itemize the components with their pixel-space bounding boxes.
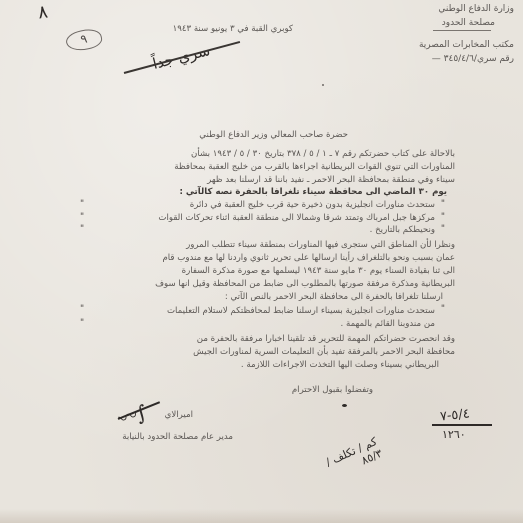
corner-page-mark: ٨ [37,1,50,23]
ink-speck [342,404,347,407]
telegram-1-quote-mark-right-2: " [441,212,445,222]
circled-number-text: ٩ [79,32,88,47]
bottom-handwritten-note: كم / تكلف / ٨٥/٣ [310,435,385,487]
telegram-1-quote-mark-right-3: " [441,224,445,234]
telegram-2-line-1: ستحدث مناورات انجليزية بسيناء ارسلنا ضاب… [167,306,435,316]
paragraph-2-line-3: الى ثنا بقيادة السناء يوم ٣٠ مايو سنة ١٩… [182,266,455,276]
location-date: كوبري القبة في ٣ يونيو سنة ١٩٤٣ [173,24,293,34]
paragraph-3-line-2: محافظة البحر الاحمر بالمرفقة تفيد بأن ال… [193,347,455,357]
header-reference: رقم سري/٣٤٥/٤/٦ — [432,54,514,64]
telegram-2-quote-mark-left: " [80,304,84,314]
bottom-reference-numerator: ٥/٤-٧ [439,406,470,424]
paragraph-1-line-2: المناورات التي تنوي القوات البريطانية اج… [174,162,455,172]
document-page: ٨ ٩ وزارة الدفاع الوطني مصلحة الحدود مكت… [0,0,523,523]
paragraph-1-line-1: بالاحالة على كتاب حضرتكم رقم ٧ ـ ١ / ٥ /… [191,149,455,159]
paragraph-2-line-4: البريطانية ومذكرة مرفقة صورتها بالمطلوب … [155,279,455,289]
bottom-reference-denominator: ١٢٦٠ [442,428,466,441]
telegram-1-quote-mark-left-3: " [80,224,84,234]
signature-title: مدير عام مصلحة الحدود بالنيابة [122,432,233,442]
paper-bottom-edge [0,509,523,523]
classification-underline-stroke [124,41,240,74]
telegram-2-line-2: من مندوبنا القائم بالمهمة . [341,319,435,329]
paragraph-1-line-3: سيناء وفي منطقة بمحافظة البحر الاحمر ـ ن… [207,175,455,185]
telegram-1-line-2: مركزها جبل امرباك وتمتد شرقا وشمالا الى … [158,213,435,223]
telegram-1-line-1: ستحدث مناورات انجليزية بدون ذخيرة حية قر… [190,200,435,210]
paragraph-2-line-2: عمان بسبب ونحو بالتلغراف رأينا ارسالها ع… [162,253,455,263]
header-underline [433,30,491,31]
paragraph-3-line-1: وقد انحصرت حضراتكم المهمة للتحرير قد تلق… [197,334,455,344]
telegram-1-quote-mark-left: " [80,199,84,209]
header-office: مكتب المخابرات المصرية [419,40,514,50]
telegram-1-quote-mark-left-2: " [80,212,84,222]
paragraph-2-line-5: ارسلنا تلغرافا بالحفرة الى محافظة البحر … [225,292,443,302]
bottom-reference-fraction-bar [432,424,492,426]
addressee-line: حضرة صاحب المعالي وزير الدفاع الوطني [199,130,348,140]
ink-speck [322,84,324,86]
telegram-2-quote-mark-left-2: " [80,318,84,328]
telegram-2-quote-mark-right: " [441,304,445,314]
telegram-1-line-3: ونحيطكم بالتاريخ . [370,225,435,235]
closing-line: وتفضلوا بقبول الاحترام [292,385,373,395]
paragraph-2-line-1: ونظرا لأن المناطق التي ستجرى فيها المناو… [186,240,455,250]
paragraph-1-line-4: يوم ٣٠ الماضي الى محافظة سيناء تلغرافا ب… [179,187,447,197]
signature-rank: اميرالاي [165,410,193,420]
header-ministry: وزارة الدفاع الوطني [438,4,514,14]
circled-page-number: ٩ [64,26,103,53]
paragraph-3-line-3: البريطاني بسيناء وصلت اليها التخذت الاجر… [241,360,439,370]
header-department: مصلحة الحدود [442,18,495,28]
telegram-1-quote-mark-right: " [441,199,445,209]
